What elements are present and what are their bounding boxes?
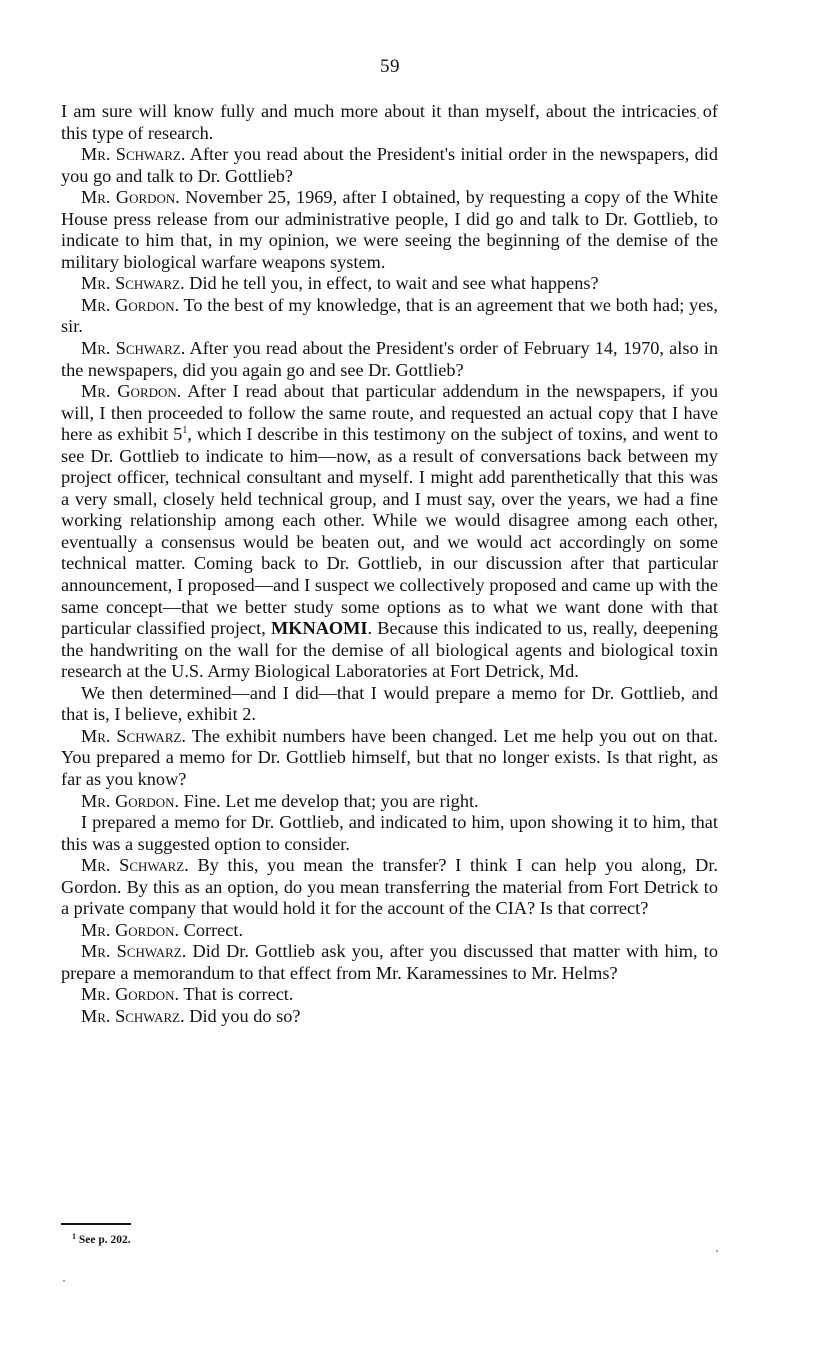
speaker-label: Mr. Schwarz. <box>81 338 185 358</box>
speaker-label: Mr. Schwarz. <box>81 941 186 961</box>
paragraph: Mr. Gordon. November 25, 1969, after I o… <box>61 187 718 273</box>
paragraph: Mr. Schwarz. Did Dr. Gottlieb ask you, a… <box>61 941 718 984</box>
page-number: 59 <box>0 56 780 78</box>
speaker-label: Mr. Schwarz. <box>81 144 185 164</box>
speaker-label: Mr. Gordon. <box>81 791 179 811</box>
paragraph: Mr. Gordon. Correct. <box>61 920 718 942</box>
speaker-label: Mr. Schwarz. <box>81 273 185 293</box>
speaker-label: Mr. Schwarz. <box>81 1006 185 1026</box>
paragraph: Mr. Schwarz. By this, you mean the trans… <box>61 855 718 920</box>
scan-speck <box>63 1280 65 1282</box>
footnote: 1 See p. 202. <box>72 1234 131 1246</box>
speaker-label: Mr. Gordon. <box>81 295 179 315</box>
scan-speck <box>697 117 699 119</box>
paragraph: Mr. Schwarz. After you read about the Pr… <box>61 144 718 187</box>
speaker-label: Mr. Schwarz. <box>81 726 186 746</box>
paragraph-continued: I am sure will know fully and much more … <box>61 101 718 144</box>
body-text: I am sure will know fully and much more … <box>61 101 718 1028</box>
scan-speck <box>716 1250 718 1252</box>
paragraph: I prepared a memo for Dr. Gottlieb, and … <box>61 812 718 855</box>
paragraph: Mr. Gordon. After I read about that part… <box>61 381 718 683</box>
paragraph: Mr. Schwarz. The exhibit numbers have be… <box>61 726 718 791</box>
speaker-label: Mr. Gordon. <box>81 381 181 401</box>
paragraph: Mr. Gordon. That is correct. <box>61 984 718 1006</box>
speaker-label: Mr. Gordon. <box>81 984 179 1004</box>
paragraph: We then determined—and I did—that I woul… <box>61 683 718 726</box>
speaker-label: Mr. Gordon. <box>81 187 180 207</box>
footnote-divider <box>61 1223 131 1225</box>
speaker-label: Mr. Gordon. <box>81 920 179 940</box>
paragraph: Mr. Schwarz. After you read about the Pr… <box>61 338 718 381</box>
speaker-label: Mr. Schwarz. <box>81 855 189 875</box>
paragraph: Mr. Gordon. Fine. Let me develop that; y… <box>61 791 718 813</box>
paragraph: Mr. Gordon. To the best of my knowledge,… <box>61 295 718 338</box>
project-name: MKNAOMI <box>271 618 367 638</box>
paragraph: Mr. Schwarz. Did he tell you, in effect,… <box>61 273 718 295</box>
paragraph: Mr. Schwarz. Did you do so? <box>61 1006 718 1028</box>
